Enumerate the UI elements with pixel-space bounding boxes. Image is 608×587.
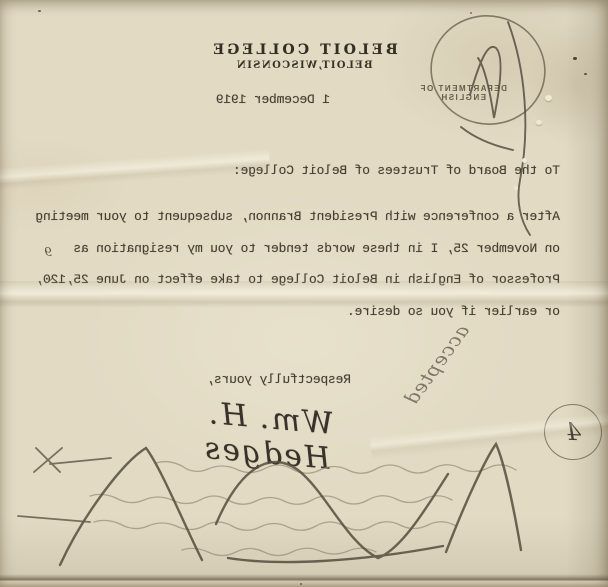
mirrored-content-layer: BELOIT COLLEGE BELOIT,WISCONSIN 1 Decemb… — [0, 0, 608, 587]
faint-handwriting-lines — [90, 462, 516, 556]
letter-date: 1 December 1919 — [216, 92, 330, 107]
department-stamp-text: DEPARTMENT OF ENGLISH — [404, 84, 522, 102]
closing-line: Respectfully yours, — [207, 372, 351, 387]
handwritten-signature: Wm. H. Hedges — [79, 385, 334, 477]
body-line: or earlier if you so desire. — [347, 304, 560, 319]
body-line: on November 25, I in these words tender … — [74, 241, 560, 256]
letterhead-college-name: BELOIT COLLEGE — [0, 42, 608, 58]
caret-insertion-mark: ^ — [48, 276, 57, 289]
strike-marks — [18, 448, 111, 522]
page-number: 4 — [565, 418, 581, 447]
accepted-pencil-annotation: accepted — [395, 313, 479, 417]
handwritten-inserted-digit: 9 — [44, 245, 52, 259]
letterhead-location: BELOIT,WISCONSIN — [0, 60, 608, 71]
circled-page-number: 4 — [540, 400, 605, 464]
scanned-letter-page: BELOIT COLLEGE BELOIT,WISCONSIN 1 Decemb… — [0, 0, 608, 587]
body-line: After a conference with President Branno… — [36, 209, 561, 224]
body-line: Professor of English in Beloit College t… — [36, 272, 561, 287]
salutation-line: To the Board of Trustees of Beloit Colle… — [233, 163, 560, 178]
